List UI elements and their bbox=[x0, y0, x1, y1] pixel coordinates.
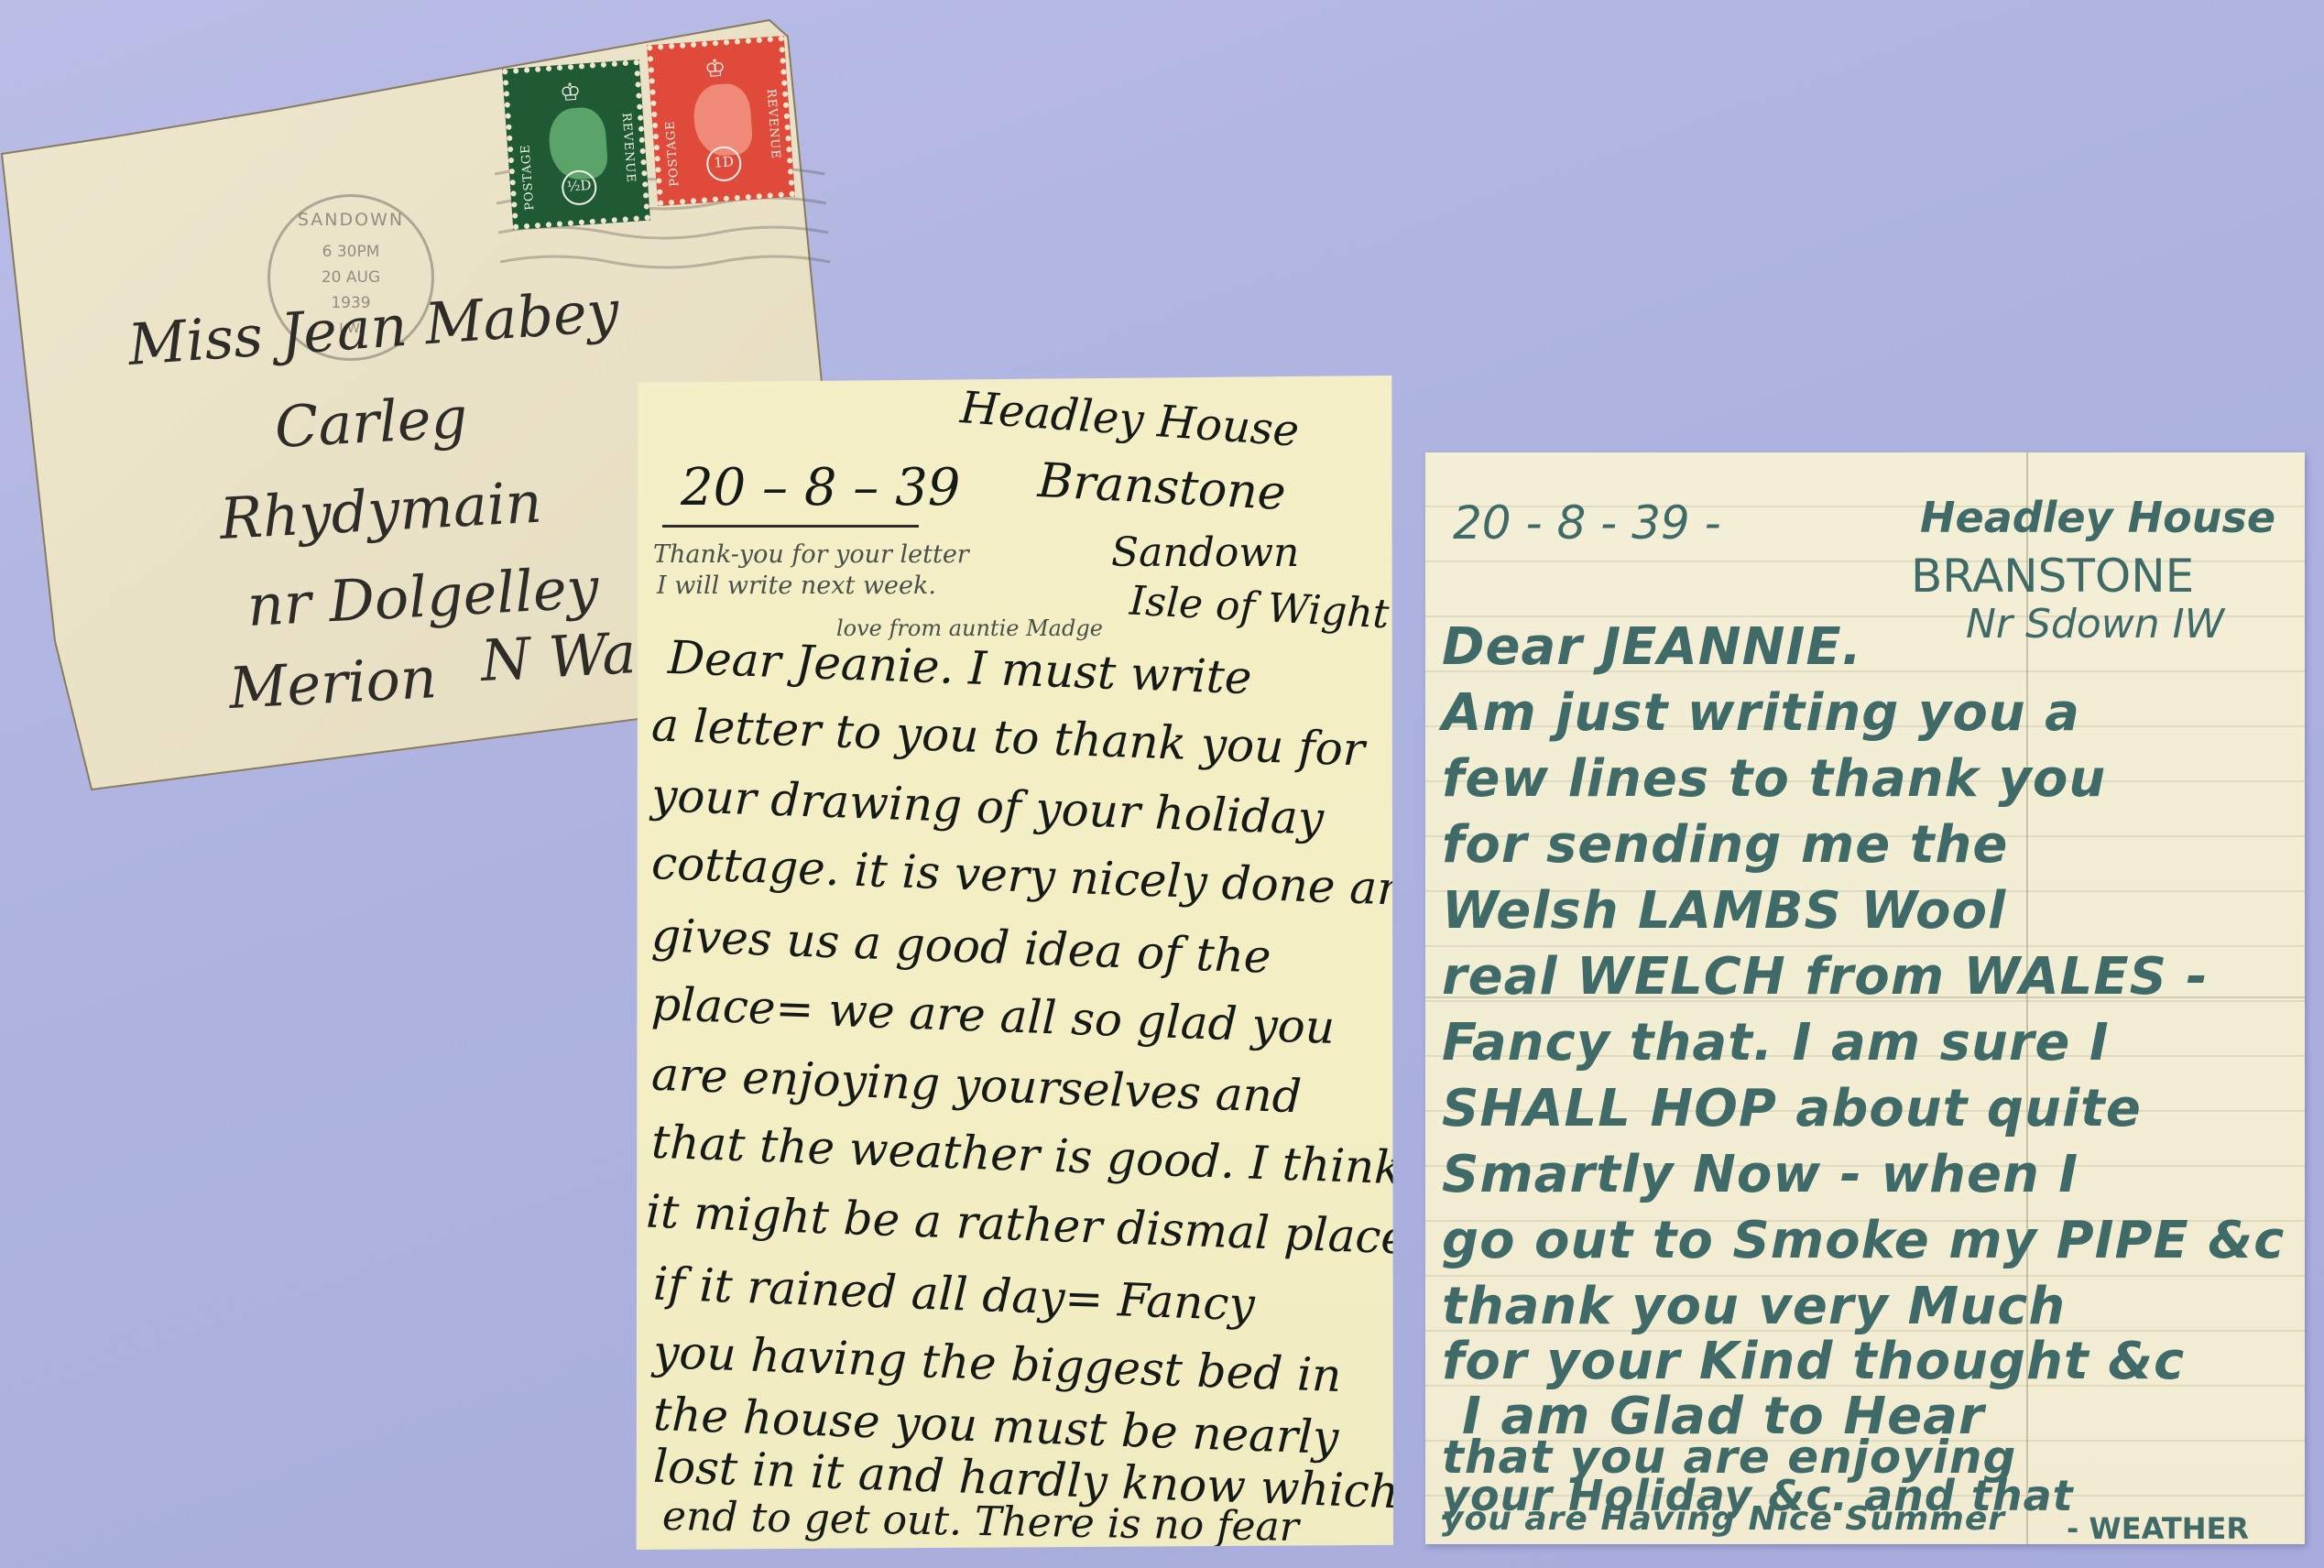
crown-icon: ♔ bbox=[704, 55, 726, 84]
sender-address-line-3: Sandown bbox=[1111, 529, 1299, 576]
crown-icon: ♔ bbox=[559, 79, 582, 108]
letter-date: 20 – 8 – 39 bbox=[681, 458, 960, 517]
body-line-6: place= we are all so glad you bbox=[650, 977, 1336, 1054]
body-line-4: for sending me the bbox=[1442, 815, 2008, 875]
address-line-county: Merion bbox=[227, 644, 438, 722]
margin-note-line-1: Thank-you for your letter bbox=[653, 540, 969, 569]
postmark-date: 20 AUG bbox=[270, 268, 431, 287]
body-line-10: if it rained all day= Fancy bbox=[652, 1258, 1255, 1332]
body-line-8: that the weather is good. I think bbox=[650, 1116, 1402, 1195]
margin-note-line-2: I will write next week. bbox=[657, 572, 936, 600]
postmark-time: 6 30PM bbox=[270, 243, 431, 261]
stamp-revenue-label: REVENUE bbox=[619, 113, 638, 184]
body-line-9: it might be a rather dismal place bbox=[645, 1184, 1409, 1264]
body-line-8: SHALL HOP about quite bbox=[1442, 1079, 2142, 1138]
sender-address-line-1: Headley House bbox=[1920, 493, 2275, 542]
postmark-town: SANDOWN bbox=[270, 210, 431, 230]
body-line-10: go out to Smoke my PIPE &c bbox=[1442, 1211, 2285, 1270]
body-line-5: gives us a good idea of the bbox=[650, 909, 1271, 984]
body-line-6: real WELCH from WALES - bbox=[1442, 947, 2209, 1007]
letter-auntie-madge: Headley House 20 – 8 – 39 Branstone Sand… bbox=[635, 376, 1393, 1550]
sender-address-line-4: Isle of Wight bbox=[1129, 578, 1391, 638]
address-line-house: Carleg bbox=[273, 384, 469, 461]
body-line-14: end to get out. There is no fear bbox=[662, 1493, 1300, 1551]
body-line-3: your drawing of your holiday bbox=[650, 768, 1325, 845]
margin-note-line-3: love from auntie Madge bbox=[836, 615, 1103, 641]
address-line-country: N Wa bbox=[479, 619, 638, 694]
body-line-16: you are Having Nice Summer bbox=[1442, 1500, 2005, 1538]
stamp-halfpenny-green: ♔ POSTAGE REVENUE ½D bbox=[502, 60, 650, 230]
stamp-revenue-label: REVENUE bbox=[764, 89, 782, 160]
sender-address-line-2: BRANSTONE bbox=[1911, 550, 2194, 603]
letter-date: 20 - 8 - 39 - bbox=[1453, 496, 1721, 550]
letter-uncle: 20 - 8 - 39 - Headley House BRANSTONE Nr… bbox=[1425, 452, 2305, 1544]
body-line-7: Fancy that. I am sure I bbox=[1442, 1013, 2110, 1073]
body-line-9: Smartly Now - when I bbox=[1442, 1145, 2079, 1204]
body-line-5: Welsh LAMBS Wool bbox=[1442, 881, 2006, 941]
stamp-postage-label: POSTAGE bbox=[663, 120, 682, 187]
sender-address-line-2: Branstone bbox=[1037, 453, 1287, 521]
body-line-4: cottage. it is very nicely done and bbox=[650, 836, 1436, 917]
body-line-11: thank you very Much bbox=[1442, 1277, 2066, 1336]
body-line-1: Dear Jeanie. I must write bbox=[667, 631, 1252, 704]
photo-scene: SANDOWN 6 30PM 20 AUG 1939 I.W. ♔ POSTAG… bbox=[0, 0, 2324, 1568]
body-line-1: Dear JEANNIE. bbox=[1442, 617, 1862, 677]
body-line-7: are enjoying yourselves and bbox=[650, 1048, 1303, 1124]
sender-address-line-1: Headley House bbox=[958, 382, 1300, 457]
date-underline bbox=[662, 525, 919, 528]
body-line-3: few lines to thank you bbox=[1442, 749, 2106, 809]
body-line-12: for your Kind thought &c bbox=[1442, 1332, 2185, 1391]
sender-address-line-3: Nr Sdown IW bbox=[1966, 601, 2224, 648]
body-line-2: a letter to you to thank you for bbox=[650, 698, 1365, 776]
body-line-17: - WEATHER bbox=[2067, 1511, 2249, 1546]
stamp-penny-red: ♔ POSTAGE REVENUE 1D bbox=[647, 36, 795, 206]
stamp-postage-label: POSTAGE bbox=[518, 144, 537, 211]
body-line-2: Am just writing you a bbox=[1442, 683, 2080, 743]
